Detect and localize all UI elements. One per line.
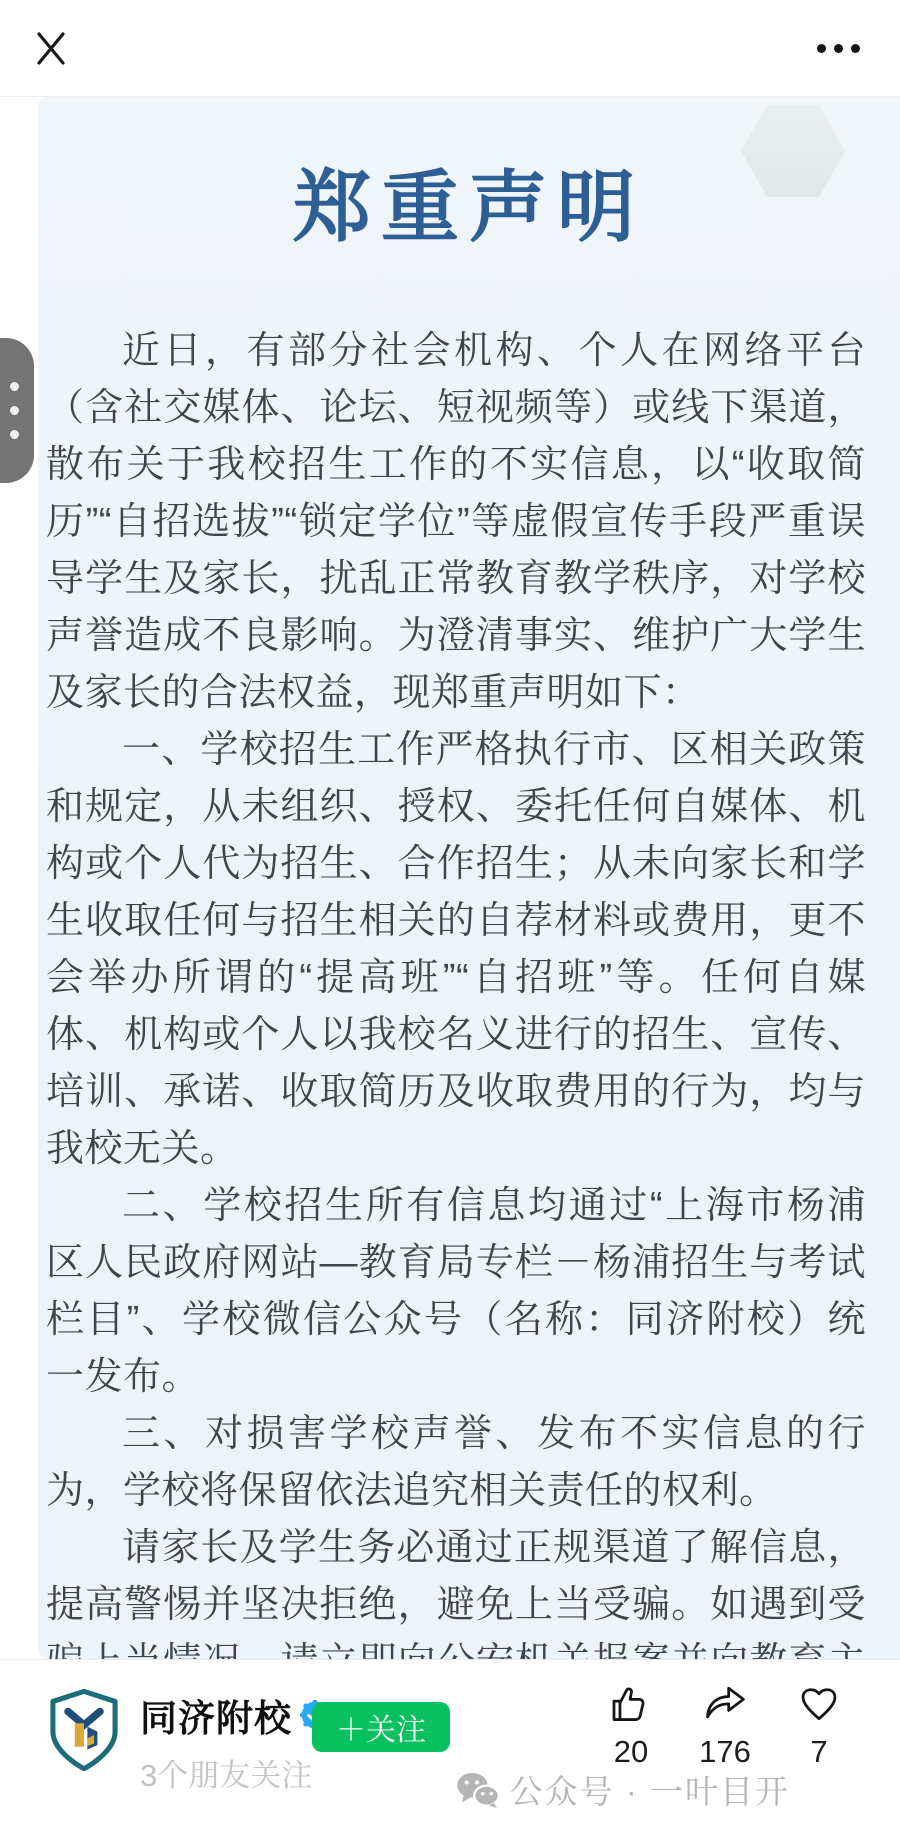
top-bar [0,0,900,97]
friends-follow-note: 3个朋友关注 [140,1750,330,1795]
float-window-handle[interactable] [0,338,34,483]
kebab-ellipsis-icon [817,44,860,53]
close-icon [32,29,70,67]
statement-paragraph: 二、学校招生所有信息均通过“上海市杨浦区人民政府网站—教育局专栏－杨浦招生与考试… [46,1178,866,1406]
like-count: 20 [614,1734,648,1770]
statement-paragraph: 一、学校招生工作严格执行市、区相关政策和规定，从未组织、授权、委托任何自媒体、机… [46,722,866,1178]
statement-body: 近日，有部分社会机构、个人在网络平台（含社交媒体、论坛、短视频等）或线下渠道，散… [46,323,866,1805]
watermark-text: 公众号 · 一叶目开 [510,1766,790,1813]
action-bar: 20 176 7 [598,1680,852,1770]
watermark: 公众号 · 一叶目开 [456,1766,790,1813]
handle-dot [10,382,19,391]
bottom-bar: 同济附校 3个朋友关注 ＋关注 [0,1659,900,1822]
wechat-logo-icon [456,1772,500,1808]
close-button[interactable] [32,29,70,67]
statement-paragraph: 近日，有部分社会机构、个人在网络平台（含社交媒体、论坛、短视频等）或线下渠道，散… [46,323,866,722]
article-screen: 郑重声明 近日，有部分社会机构、个人在网络平台（含社交媒体、论坛、短视频等）或线… [0,0,900,1822]
favorite-count: 7 [810,1734,827,1770]
heart-icon [796,1680,842,1726]
share-button[interactable]: 176 [692,1680,758,1770]
share-arrow-icon [702,1680,748,1726]
favorite-button[interactable]: 7 [786,1680,852,1770]
school-shield-logo-icon [46,1688,122,1772]
handle-dot [10,406,19,415]
account-row[interactable]: 同济附校 3个朋友关注 [46,1688,330,1795]
statement-paragraph: 三、对损害学校声誉、发布不实信息的行为，学校将保留依法追究相关责任的权利。 [46,1406,866,1520]
statement-card: 郑重声明 近日，有部分社会机构、个人在网络平台（含社交媒体、论坛、短视频等）或线… [38,97,900,1659]
account-meta: 同济附校 3个朋友关注 [140,1688,330,1795]
handle-dot [10,430,19,439]
more-menu-button[interactable] [817,44,860,53]
share-count: 176 [699,1734,751,1770]
thumbs-up-icon [608,1680,654,1726]
account-name: 同济附校 [140,1688,292,1742]
follow-button[interactable]: ＋关注 [312,1702,450,1752]
like-button[interactable]: 20 [598,1680,664,1770]
